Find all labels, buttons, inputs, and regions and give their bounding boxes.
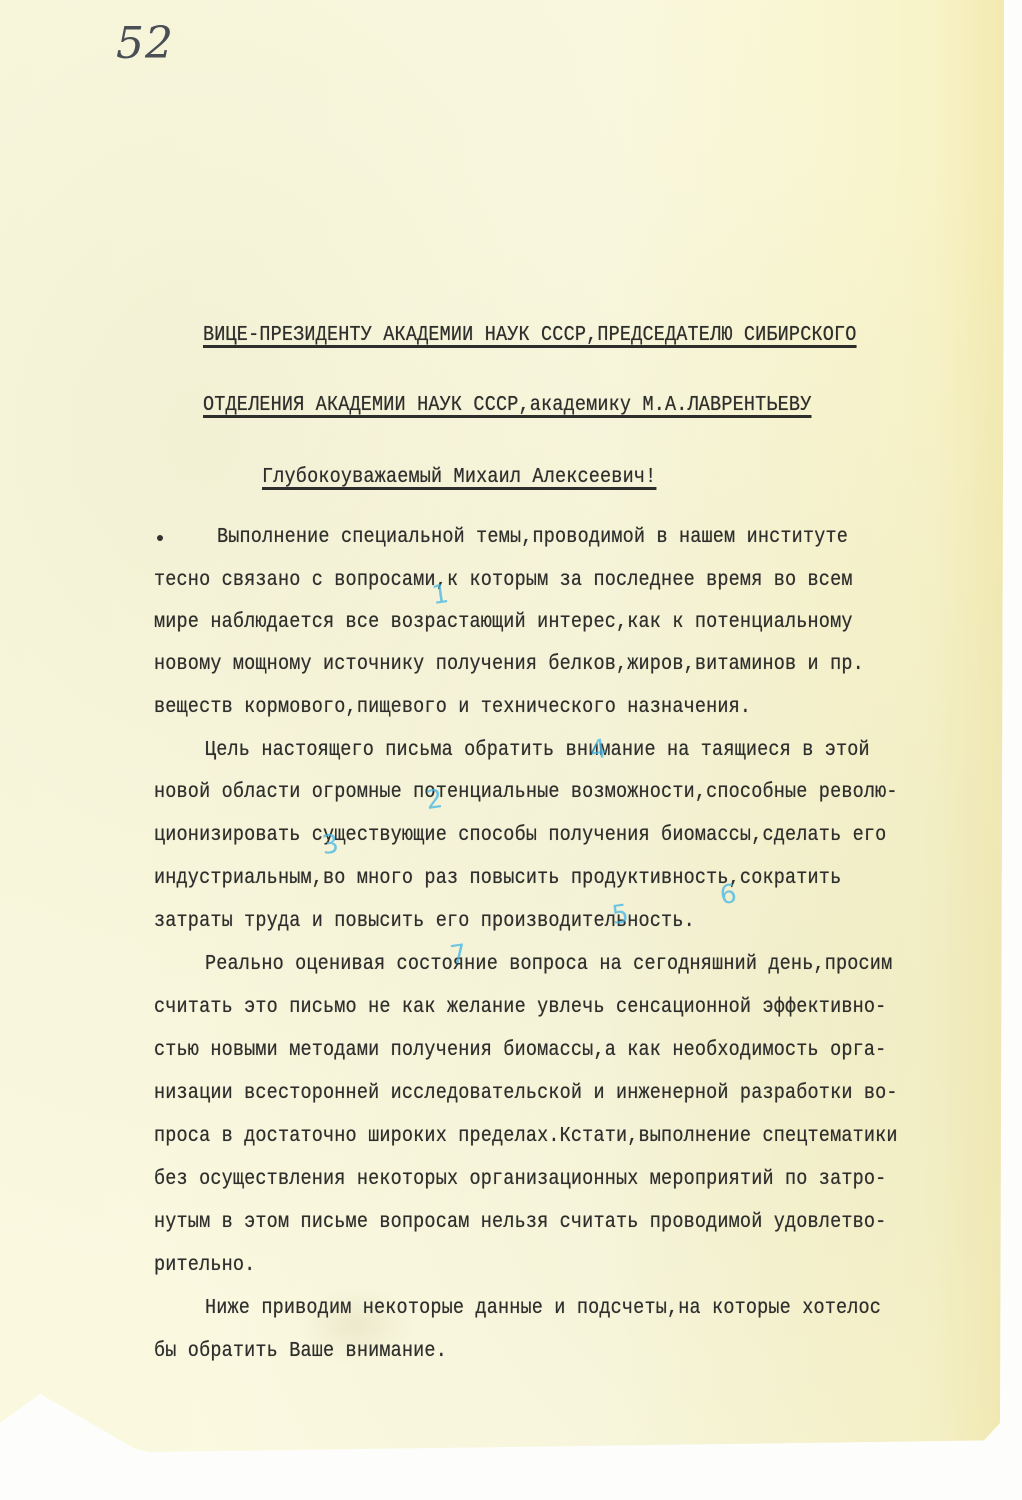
bullet-mark [157,535,163,541]
handwritten-page-number: 52 [116,18,174,69]
address-line-2: ОТДЕЛЕНИЯ АКАДЕМИИ НАУК СССР,академику М… [203,393,811,417]
body-line: Реально оценивая состояние вопроса на се… [205,952,892,976]
body-line: мире наблюдается все возрастающий интере… [154,610,853,634]
body-line: веществ кормового,пищевого и техническог… [154,695,751,719]
body-line: Цель настоящего письма обратить внимание… [205,738,870,762]
body-line: Выполнение специальной темы,проводимой в… [217,525,848,549]
body-line: новому мощному источнику получения белко… [154,652,864,676]
paper-sheet [0,0,1004,1452]
body-line: низации всесторонней исследовательской и… [154,1081,898,1105]
body-line: новой области огромные потенциальные воз… [154,780,898,804]
body-line: проса в достаточно широких пределах.Кста… [154,1124,898,1148]
body-line: тесно связано с вопросами,к которым за п… [154,568,853,592]
body-line: Ниже приводим некоторые данные и подсчет… [205,1296,881,1320]
body-line: стью новыми методами получения биомассы,… [154,1038,886,1062]
body-line: бы обратить Ваше внимание. [154,1339,447,1363]
body-line: рительно. [154,1253,255,1277]
address-line-1: ВИЦЕ-ПРЕЗИДЕНТУ АКАДЕМИИ НАУК СССР,ПРЕДС… [203,323,857,347]
body-line: без осуществления некоторых организацион… [154,1167,886,1191]
body-line: нутым в этом письме вопросам нельзя счит… [154,1210,886,1234]
body-line: ционизировать существующие способы получ… [154,823,886,847]
salutation: Глубокоуважаемый Михаил Алексеевич! [262,465,656,489]
body-line: индустриальным,во много раз повысить про… [154,866,841,890]
body-line: считать это письмо не как желание увлечь… [154,995,886,1019]
